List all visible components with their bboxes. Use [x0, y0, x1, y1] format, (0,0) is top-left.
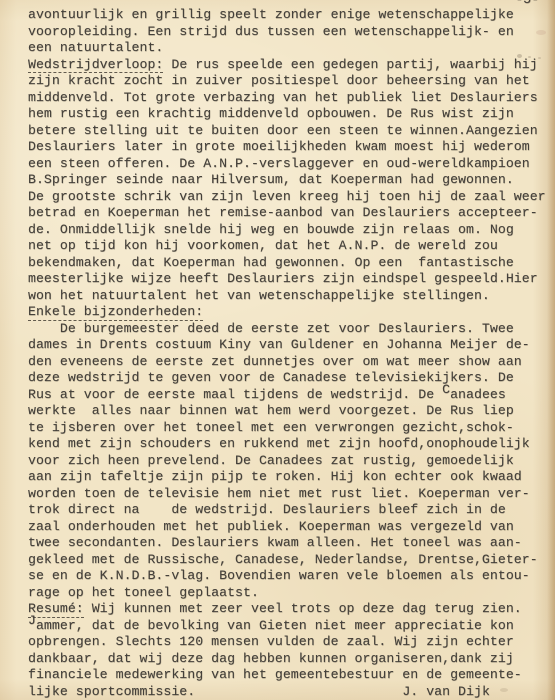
text-line: opbrengen. Slechts 120 mensen vulden de … [28, 634, 551, 651]
text-line: avontuurlijk en grillig speelt zonder en… [28, 7, 551, 24]
text-segment: den eveneens de eerste zet dunnetjes ove… [28, 354, 522, 369]
text-line: lijke sportcommissie. J. van Dijk [28, 684, 551, 700]
text-line: kend met zijn schouders en rukkend met z… [28, 436, 551, 453]
text-line: aan zijn tafeltje zijn pijp te roken. Hi… [28, 469, 551, 486]
text-segment: werkte alles naar binnen wat hem werd vo… [28, 403, 514, 418]
text-line: voor zich heen prevelend. De Canadees za… [28, 453, 551, 470]
text-line: zaal onderhouden met het publiek. Koeper… [28, 519, 551, 536]
text-line: een steen offeren. De A.N.P.-verslaggeve… [28, 156, 551, 173]
text-line: twee secondanten. Deslauriers kwam allee… [28, 535, 551, 552]
text-line: net op tijd kon hij voorkomen, dat het A… [28, 238, 551, 255]
text-segment: aan zijn tafeltje zijn pijp te roken. Hi… [28, 469, 522, 484]
text-segment: lijke sportcommissie. [28, 684, 195, 699]
text-segment: middenveld. Tot grote verbazing van het … [28, 90, 538, 105]
text-segment: zijn kracht zocht in zuiver positiespel … [28, 73, 530, 88]
text-line: Enkele bijzonderheden: [28, 304, 551, 321]
text-segment: De burgemeester deed de eerste zet voor … [28, 321, 514, 336]
text-line: gekleed met de Russische, Canadese, Nede… [28, 552, 551, 569]
text-segment: anadees [450, 387, 506, 402]
document-page: -5- avontuurlijk en grillig speelt zonde… [0, 0, 555, 700]
text-segment: De grootste schrik van zijn leven kreeg … [28, 189, 546, 204]
text-segment: een natuurtalent. [28, 40, 163, 55]
text-segment: net op tijd kon hij voorkomen, dat het A… [28, 238, 498, 253]
text-segment: twee secondanten. Deslauriers kwam allee… [28, 535, 522, 550]
text-segment: won het natuurtalent het van wetenschapp… [28, 288, 490, 303]
text-segment: Rus at voor de eerste maal tijdens de we… [28, 387, 442, 402]
text-line: den eveneens de eerste zet dunnetjes ove… [28, 354, 551, 371]
text-segment: De rus speelde een gedegen partij, waarb… [163, 57, 537, 72]
text-segment: Deslauriers later in grote moeilijkheden… [28, 139, 530, 154]
text-line: bekendmaken, dat Koeperman had gewonnen.… [28, 255, 551, 272]
section-heading-bijzonderheden: Enkele bijzonderheden: [28, 304, 203, 321]
text-line: worden toen de televisie hem niet met ru… [28, 486, 551, 503]
text-line: financiele medewerking van het gemeenteb… [28, 667, 551, 684]
text-line: betrad en Koeperman het remise-aanbod va… [28, 205, 551, 222]
text-segment: rage op het toneel geplaatst. [28, 585, 259, 600]
text-line: de. Onmiddellijk snelde hij weg en bouwd… [28, 222, 551, 239]
text-line: Deslauriers later in grote moeilijkheden… [28, 139, 551, 156]
text-segment: ammer, dat de bevolking van Gieten niet … [36, 618, 514, 633]
text-line: De grootste schrik van zijn leven kreeg … [28, 189, 551, 206]
text-segment: kend met zijn schouders en rukkend met z… [28, 436, 530, 451]
text-segment: voor zich heen prevelend. De Canadees za… [28, 453, 514, 468]
text-segment: hem rustig een krachtig middenveld opbou… [28, 106, 514, 121]
text-line: meesterlijke wijze heeft Deslauriers zij… [28, 271, 551, 288]
typewritten-text: avontuurlijk en grillig speelt zonder en… [28, 7, 551, 700]
text-segment: opbrengen. Slechts 120 mensen vulden de … [28, 634, 514, 649]
text-segment: zaal onderhouden met het publiek. Koeper… [28, 519, 514, 534]
text-line: hem rustig een krachtig middenveld opbou… [28, 106, 551, 123]
text-segment: betrad en Koeperman het remise-aanbod va… [28, 205, 538, 220]
section-heading-resume: Resumé: [28, 601, 84, 618]
text-segment: trok direct na de wedstrijd. Deslauriers… [28, 502, 506, 517]
signature: J. van Dijk [402, 684, 490, 699]
text-line: Wedstrijdverloop: De rus speelde een ged… [28, 57, 551, 74]
text-segment: bekendmaken, dat Koeperman had gewonnen.… [28, 255, 514, 270]
text-line: vooropleiding. Een strijd dus tussen een… [28, 24, 551, 41]
text-segment: een steen offeren. De A.N.P.-verslaggeve… [28, 156, 530, 171]
text-line: werkte alles naar binnen wat hem werd vo… [28, 403, 551, 420]
text-line: B.Springer seinde naar Hilversum, dat Ko… [28, 172, 551, 189]
text-line: betere stelling uit te buiten door een s… [28, 123, 551, 140]
text-segment: J [28, 613, 36, 628]
text-line: deze wedstrijd te geven voor de Canadese… [28, 370, 551, 387]
section-heading-wedstrijdverloop: Wedstrijdverloop: [28, 57, 163, 74]
text-segment: B.Springer seinde naar Hilversum, dat Ko… [28, 172, 514, 187]
text-line: trok direct na de wedstrijd. Deslauriers… [28, 502, 551, 519]
text-segment: C [442, 382, 450, 397]
text-segment: betere stelling uit te buiten door een s… [28, 123, 538, 138]
text-line: rage op het toneel geplaatst. [28, 585, 551, 602]
text-segment [195, 684, 402, 699]
text-line: middenveld. Tot grote verbazing van het … [28, 90, 551, 107]
text-line: Jammer, dat de bevolking van Gieten niet… [28, 618, 551, 635]
text-segment: gekleed met de Russische, Canadese, Nede… [28, 552, 538, 567]
text-segment: se en de K.N.D.B.-vlag. Bovendien waren … [28, 568, 530, 583]
text-line: dankbaar, dat wij deze dag hebben kunnen… [28, 651, 551, 668]
text-segment: deze wedstrijd te geven voor de Canadese… [28, 370, 514, 385]
text-line: dames in Drents costuum Kiny van Guldene… [28, 337, 551, 354]
text-segment: Wij kunnen met zeer veel trots op deze d… [84, 601, 522, 616]
text-line: een natuurtalent. [28, 40, 551, 57]
text-segment: de. Onmiddellijk snelde hij weg en bouwd… [28, 222, 514, 237]
text-line: De burgemeester deed de eerste zet voor … [28, 321, 551, 338]
text-line: te ijsberen over het toneel met een verw… [28, 420, 551, 437]
text-line: won het natuurtalent het van wetenschapp… [28, 288, 551, 305]
text-segment: te ijsberen over het toneel met een verw… [28, 420, 514, 435]
text-segment: avontuurlijk en grillig speelt zonder en… [28, 7, 514, 22]
text-segment: dames in Drents costuum Kiny van Guldene… [28, 337, 530, 352]
text-line: Rus at voor de eerste maal tijdens de we… [28, 387, 551, 404]
text-segment: dankbaar, dat wij deze dag hebben kunnen… [28, 651, 514, 666]
text-line: zijn kracht zocht in zuiver positiespel … [28, 73, 551, 90]
text-segment: meesterlijke wijze heeft Deslauriers zij… [28, 271, 538, 286]
text-segment: vooropleiding. Een strijd dus tussen een… [28, 24, 514, 39]
text-line: se en de K.N.D.B.-vlag. Bovendien waren … [28, 568, 551, 585]
text-line: Resumé: Wij kunnen met zeer veel trots o… [28, 601, 551, 618]
text-segment: worden toen de televisie hem niet met ru… [28, 486, 530, 501]
text-segment: financiele medewerking van het gemeenteb… [28, 667, 522, 682]
